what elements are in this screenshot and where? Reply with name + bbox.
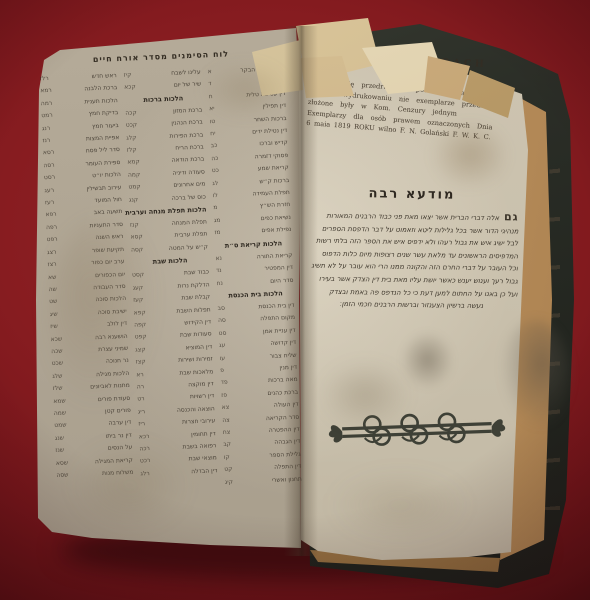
entry-page-number: רעז (45, 197, 57, 210)
entry-page-number: קו (224, 451, 232, 464)
index-column: עלינו לשבחקיזשיר של יוםקכאהלכות ברכותברכ… (123, 67, 218, 493)
entry-page-number: פז (221, 389, 229, 402)
lead-word: גם (499, 210, 519, 223)
entry-page-number: מג (214, 215, 223, 228)
entry-page-number: קעג (132, 282, 145, 295)
entry-title: דין לולב (107, 318, 128, 331)
entry-page-number: רלז (40, 73, 51, 86)
entry-page-number: פד (220, 377, 230, 390)
chain-ornament-icon (327, 405, 506, 455)
entry-page-number: צא (221, 402, 231, 415)
entry-page-number: רצג (47, 246, 59, 259)
entry-page-number: רמה (41, 98, 55, 111)
entry-title: חול המועד (94, 194, 122, 208)
entry-page-number: כה (211, 153, 221, 166)
entry-title: כבוד שבת (184, 267, 210, 280)
entry-title: נפילת אפים (261, 224, 291, 238)
entry-page-number: עג (219, 340, 228, 353)
entry-page-number: שמא (53, 395, 68, 408)
entry-page-number: רעג (44, 184, 56, 197)
entry-page-number: קפה (134, 319, 148, 332)
entry-page-number: סה (218, 315, 228, 328)
entry-page-number: שמה (54, 407, 69, 420)
entry-page-number: שלג (52, 370, 65, 383)
entry-page-number: קפא (133, 306, 148, 319)
entry-title: סדר היום (270, 274, 294, 287)
entry-page-number: לו (213, 190, 221, 203)
entry-page-number: קלז (127, 144, 139, 157)
left-page-content: לוח הסימנים מסדר אורח חיים דין השכמת הבק… (38, 47, 304, 545)
entry-page-number: עו (219, 352, 227, 365)
entry-page-number: ריז (138, 418, 147, 431)
entry-page-number: קנז (130, 219, 141, 232)
entry-page-number: קצג (135, 344, 148, 357)
entry-title: תחנון ואשרי (271, 473, 302, 487)
entry-page-number: קנג (129, 194, 141, 207)
entry-page-number: מז (214, 227, 223, 240)
entry-page-number: צח (223, 427, 233, 440)
entry-page-number: כב (211, 140, 220, 153)
entry-page-number: קסא (130, 232, 145, 245)
entry-title: דין קדושה (270, 337, 296, 350)
entry-title: דין ערבה (108, 417, 131, 430)
entry-page-number: רסא (43, 147, 57, 160)
entry-page-number: סב (217, 303, 227, 316)
entry-page-number: קסה (131, 244, 146, 257)
entry-page-number: שה (48, 284, 59, 297)
entry-title: על הנסים (107, 442, 132, 455)
entry-page-number: נד (216, 265, 224, 278)
entry-page-number: רפא (45, 209, 59, 222)
entry-page-number: רה (137, 381, 147, 394)
entry-page-number: קיג (225, 476, 236, 489)
entry-page-number: שמט (54, 420, 69, 433)
index-entry: משלוח מנותשסה (56, 467, 133, 483)
entry-page-number: קב (223, 439, 233, 452)
entry-page-number: רלג (140, 468, 152, 481)
entry-title: דין הגבהה (274, 436, 300, 449)
entry-page-number: שכט (52, 358, 66, 371)
index-entry: תחנון ואשריקיג (225, 473, 302, 489)
entry-page-number: קכט (126, 119, 140, 132)
entry-page-number: קמט (128, 181, 143, 194)
entry-page-number: שט (49, 296, 60, 309)
entry-page-number: יא (209, 103, 217, 116)
entry-page-number: א (207, 66, 214, 79)
entry-page-number: נא (215, 252, 224, 265)
entry-page-number: טו (209, 116, 217, 129)
index-column: ראש חדשרלזברכת הלבנהרמאהלכות תעניתרמהבדי… (40, 70, 135, 496)
entry-title: דין הקידוש (184, 316, 211, 330)
entry-page-number: ד (208, 78, 214, 91)
entry-page-number: קעז (133, 294, 146, 307)
entry-page-number: קלג (126, 132, 139, 145)
entry-title: ראש חדש (91, 70, 117, 83)
entry-page-number: כט (212, 165, 222, 178)
entry-page-number: קצז (136, 356, 148, 369)
entry-page-number: רנז (42, 135, 52, 148)
entry-page-number: רכה (139, 443, 152, 456)
entry-page-number: ריג (138, 406, 148, 419)
entry-title: קדיש וברכו (259, 137, 288, 151)
entry-page-number: שסא (56, 457, 71, 470)
entry-page-number: ח (208, 91, 214, 104)
entry-page-number: שא (48, 271, 59, 284)
entry-title: ק״ש על המטה (169, 241, 209, 255)
entry-page-number: שכא (50, 333, 64, 346)
entry-page-number: קיז (123, 69, 133, 82)
entry-page-number: שכה (51, 345, 65, 358)
entry-page-number: שנג (55, 432, 67, 445)
photo-scene: לוח הסימנים מסדר אורח חיים דין השכמת הבק… (0, 0, 590, 600)
entry-page-number: שיג (49, 308, 60, 321)
entry-page-number: שסה (56, 469, 71, 482)
entry-title: דין מוקצה (188, 378, 214, 391)
hebrew-heading: מודעא רבה (306, 185, 518, 204)
entry-page-number: שלז (53, 383, 65, 396)
entry-page-number: קט (224, 464, 235, 477)
entry-title: דין תחומין (191, 428, 216, 441)
entry-page-number: רפה (46, 222, 60, 235)
entry-page-number: פ (220, 365, 226, 378)
entry-page-number: קפט (134, 331, 148, 344)
entry-page-number: רסה (43, 160, 57, 173)
index-columns: דין השכמת הבקראדין ציציתדדין עטיפת טליתח… (39, 63, 302, 496)
right-page-content: SZILCHON ORACH Dozwala się przedrukować … (306, 56, 518, 536)
entry-page-number: רכט (140, 455, 153, 468)
entry-title: דין התפלה (274, 461, 302, 475)
entry-page-number: שנז (55, 445, 66, 458)
entry-title: דין תפילין (262, 100, 286, 113)
book: לוח הסימנים מסדר אורח חיים דין השכמת הבק… (0, 0, 590, 600)
entry-page-number: רסט (44, 172, 58, 185)
entry-page-number: צה (222, 414, 232, 427)
entry-page-number: רצז (47, 259, 59, 272)
entry-title: דין רשויות (190, 391, 215, 404)
entry-page-number: קמה (128, 169, 143, 182)
entry-page-number: שיז (50, 321, 60, 334)
entry-page-number: רא (136, 369, 146, 382)
entry-page-number: רכא (139, 431, 152, 444)
entry-page-number: קמא (127, 157, 142, 170)
entry-title: שיר של יום (174, 79, 202, 93)
entry-page-number: קכה (125, 107, 139, 120)
entry-page-number: יח (210, 128, 218, 141)
entry-page-number: סט (218, 327, 228, 340)
entry-title: כוס של ברכה (172, 191, 207, 205)
entry-title: דין מנין (279, 362, 297, 375)
entry-page-number: קסט (132, 269, 147, 282)
entry-title: משלוח מנות (102, 467, 134, 481)
entry-page-number: נח (216, 277, 225, 290)
entry-title: דין הבדלה (191, 465, 218, 478)
entry-page-number: לג (212, 178, 220, 191)
entry-title: שליח צבור (269, 349, 296, 363)
entry-page-number: רט (137, 393, 147, 406)
entry-page-number: רנג (42, 122, 53, 135)
entry-title: דין נר ביתו (105, 430, 132, 443)
entry-title: דין המוציא (185, 341, 212, 355)
entry-page-number: רמט (41, 110, 55, 123)
hebrew-declaration: גם אלה דברי הברית אשר יצאו מאת פני כבוד … (305, 208, 518, 313)
entry-title: ראש השנה (95, 231, 124, 245)
entry-page-number: קכא (124, 82, 138, 95)
entry-title: ביעור חמץ (92, 120, 119, 134)
entry-page-number: רפט (46, 234, 60, 247)
entry-title: נר חנוכה (106, 355, 129, 368)
entry-page-number: רמא (40, 85, 54, 98)
entry-page-number: מ (213, 202, 220, 215)
entry-title: דין העולה (274, 399, 299, 412)
entry-title: פורים קטן (105, 405, 131, 418)
